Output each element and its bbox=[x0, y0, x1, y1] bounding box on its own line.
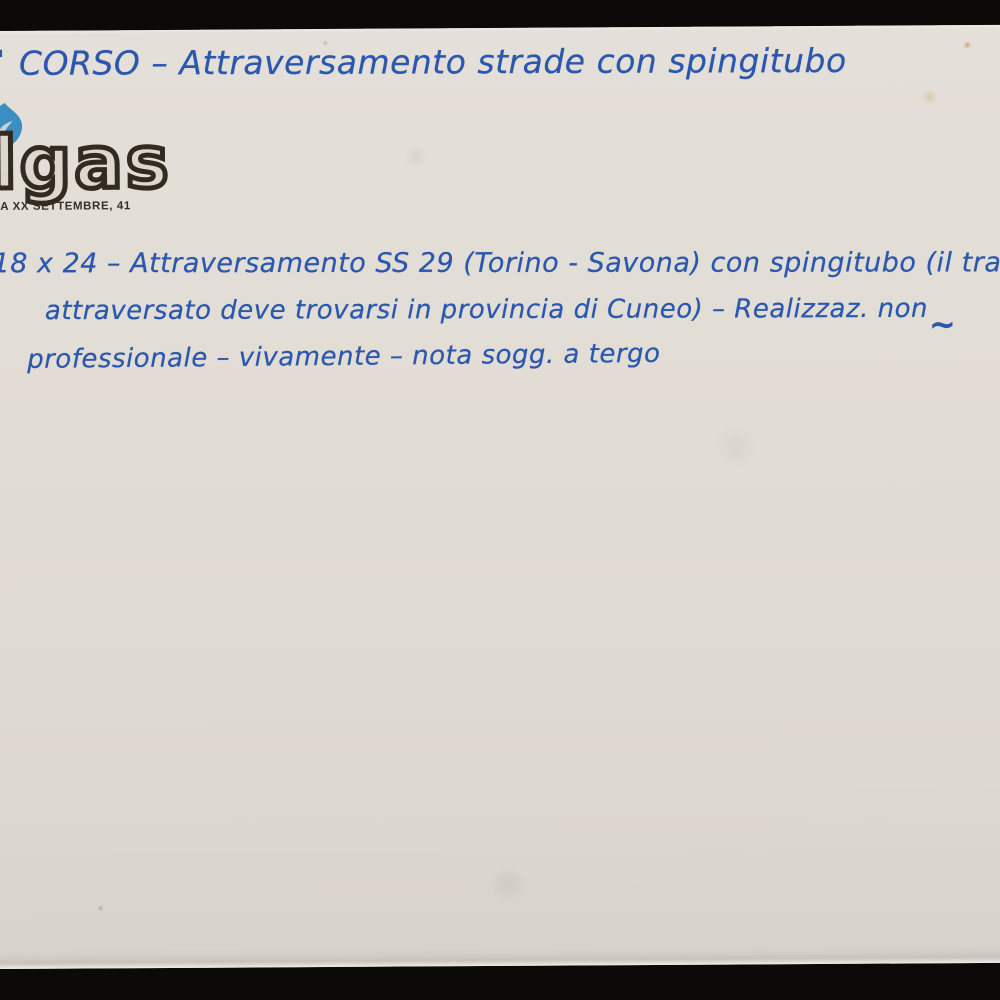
header-note-text: CORSO – Attraversamento strade con sping… bbox=[19, 41, 847, 83]
continuation-mark: ~ bbox=[929, 305, 957, 343]
body-note-line: attraversato deve trovarsi in provincia … bbox=[45, 294, 928, 326]
photo-frame: 'CORSO – Attraversamento strade con spin… bbox=[0, 0, 1000, 1000]
document-card: 'CORSO – Attraversamento strade con spin… bbox=[0, 25, 1000, 969]
body-note-line: 18 x 24 – Attraversamento SS 29 (Torino … bbox=[0, 247, 1000, 279]
body-note-line: professionale – vivamente – nota sogg. a… bbox=[27, 339, 661, 375]
letterhead-address: VIA XX SETTEMBRE, 41 bbox=[0, 200, 131, 213]
brand-wordmark: lgas bbox=[0, 126, 172, 199]
partial-stroke-mark: ' bbox=[0, 46, 5, 76]
handwritten-header-note: 'CORSO – Attraversamento strade con spin… bbox=[0, 41, 847, 83]
